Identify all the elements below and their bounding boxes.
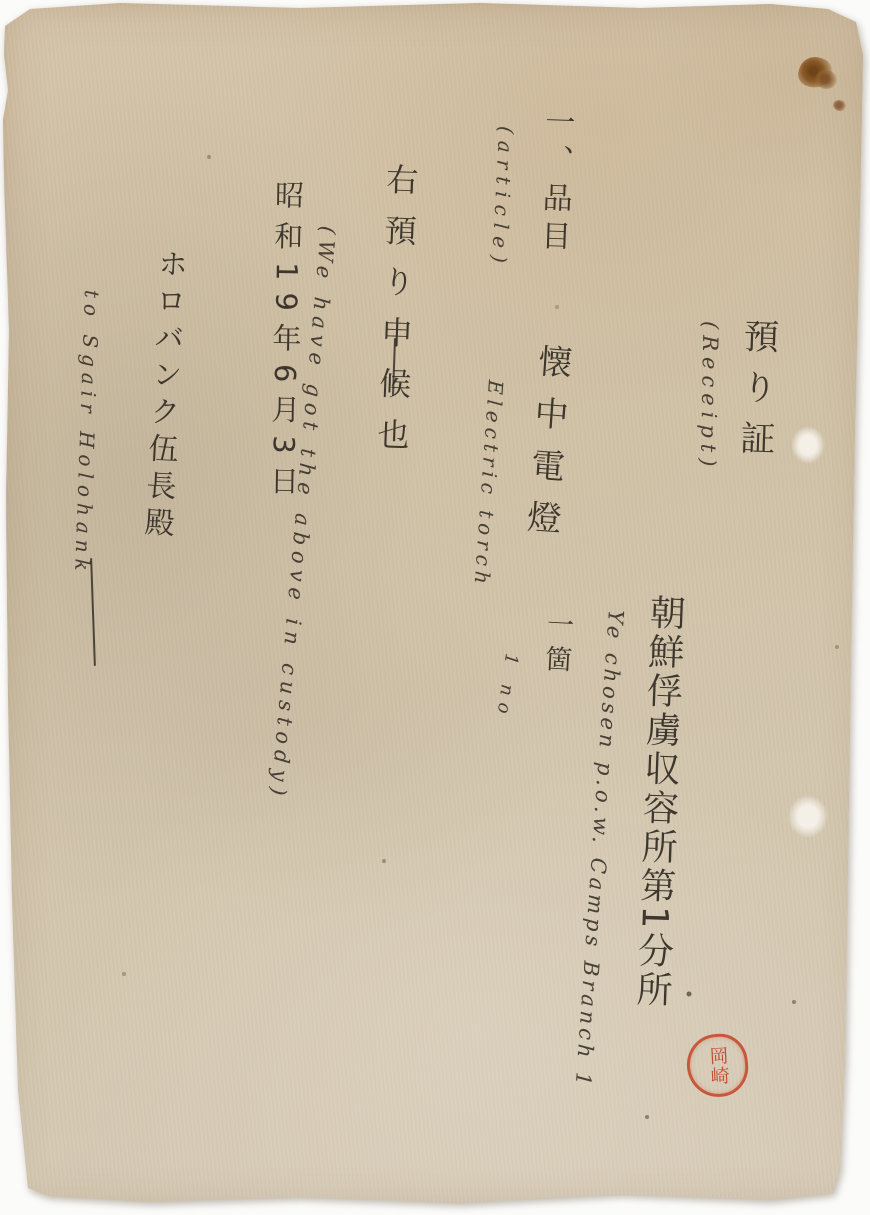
ink-stain-small [831,98,847,113]
addressee-ja: ホロバンク伍長殿 [132,247,192,557]
receipt-title-en: (Receipt) [696,321,723,493]
issuer-en: Ye chosen p.o.w. Camps Branch 1 [570,609,628,1092]
seal-characters: 岡崎 [707,1045,728,1086]
date-ja: 昭和19年6月3日 [262,180,310,563]
ink-stain-lobe [813,68,838,91]
custody-statement-ja: 右預り申候也 [366,162,424,498]
red-seal-stamp: 岡崎 [684,1031,751,1100]
item-header-en: (article) [486,125,519,291]
item-qty-ja: 一箇 [535,609,578,683]
item-name-en: Electric torch [468,379,508,612]
issuer-ja: 朝鮮俘虜収容所第1分所 [625,593,691,1037]
ink-stain-large [795,53,836,93]
paper-sheet: 預り証 (Receipt) 一、品目 (article) 懐中電燈 Electr… [0,0,870,1215]
paper-white-spot-upper [791,426,825,464]
item-qty-en: 1 no [489,652,522,742]
receipt-title-ja: 預り証 [728,317,784,497]
item-header-ja: 一、品目 [529,105,579,274]
paper-fiber-specks [0,0,2,2]
scanned-receipt-photo: 預り証 (Receipt) 一、品目 (article) 懐中電燈 Electr… [0,0,870,1215]
paper-white-spot-lower [788,795,828,838]
item-name-ja: 懐中電燈 [513,342,578,573]
addressee-en: to Sgair Holohank [70,290,104,579]
